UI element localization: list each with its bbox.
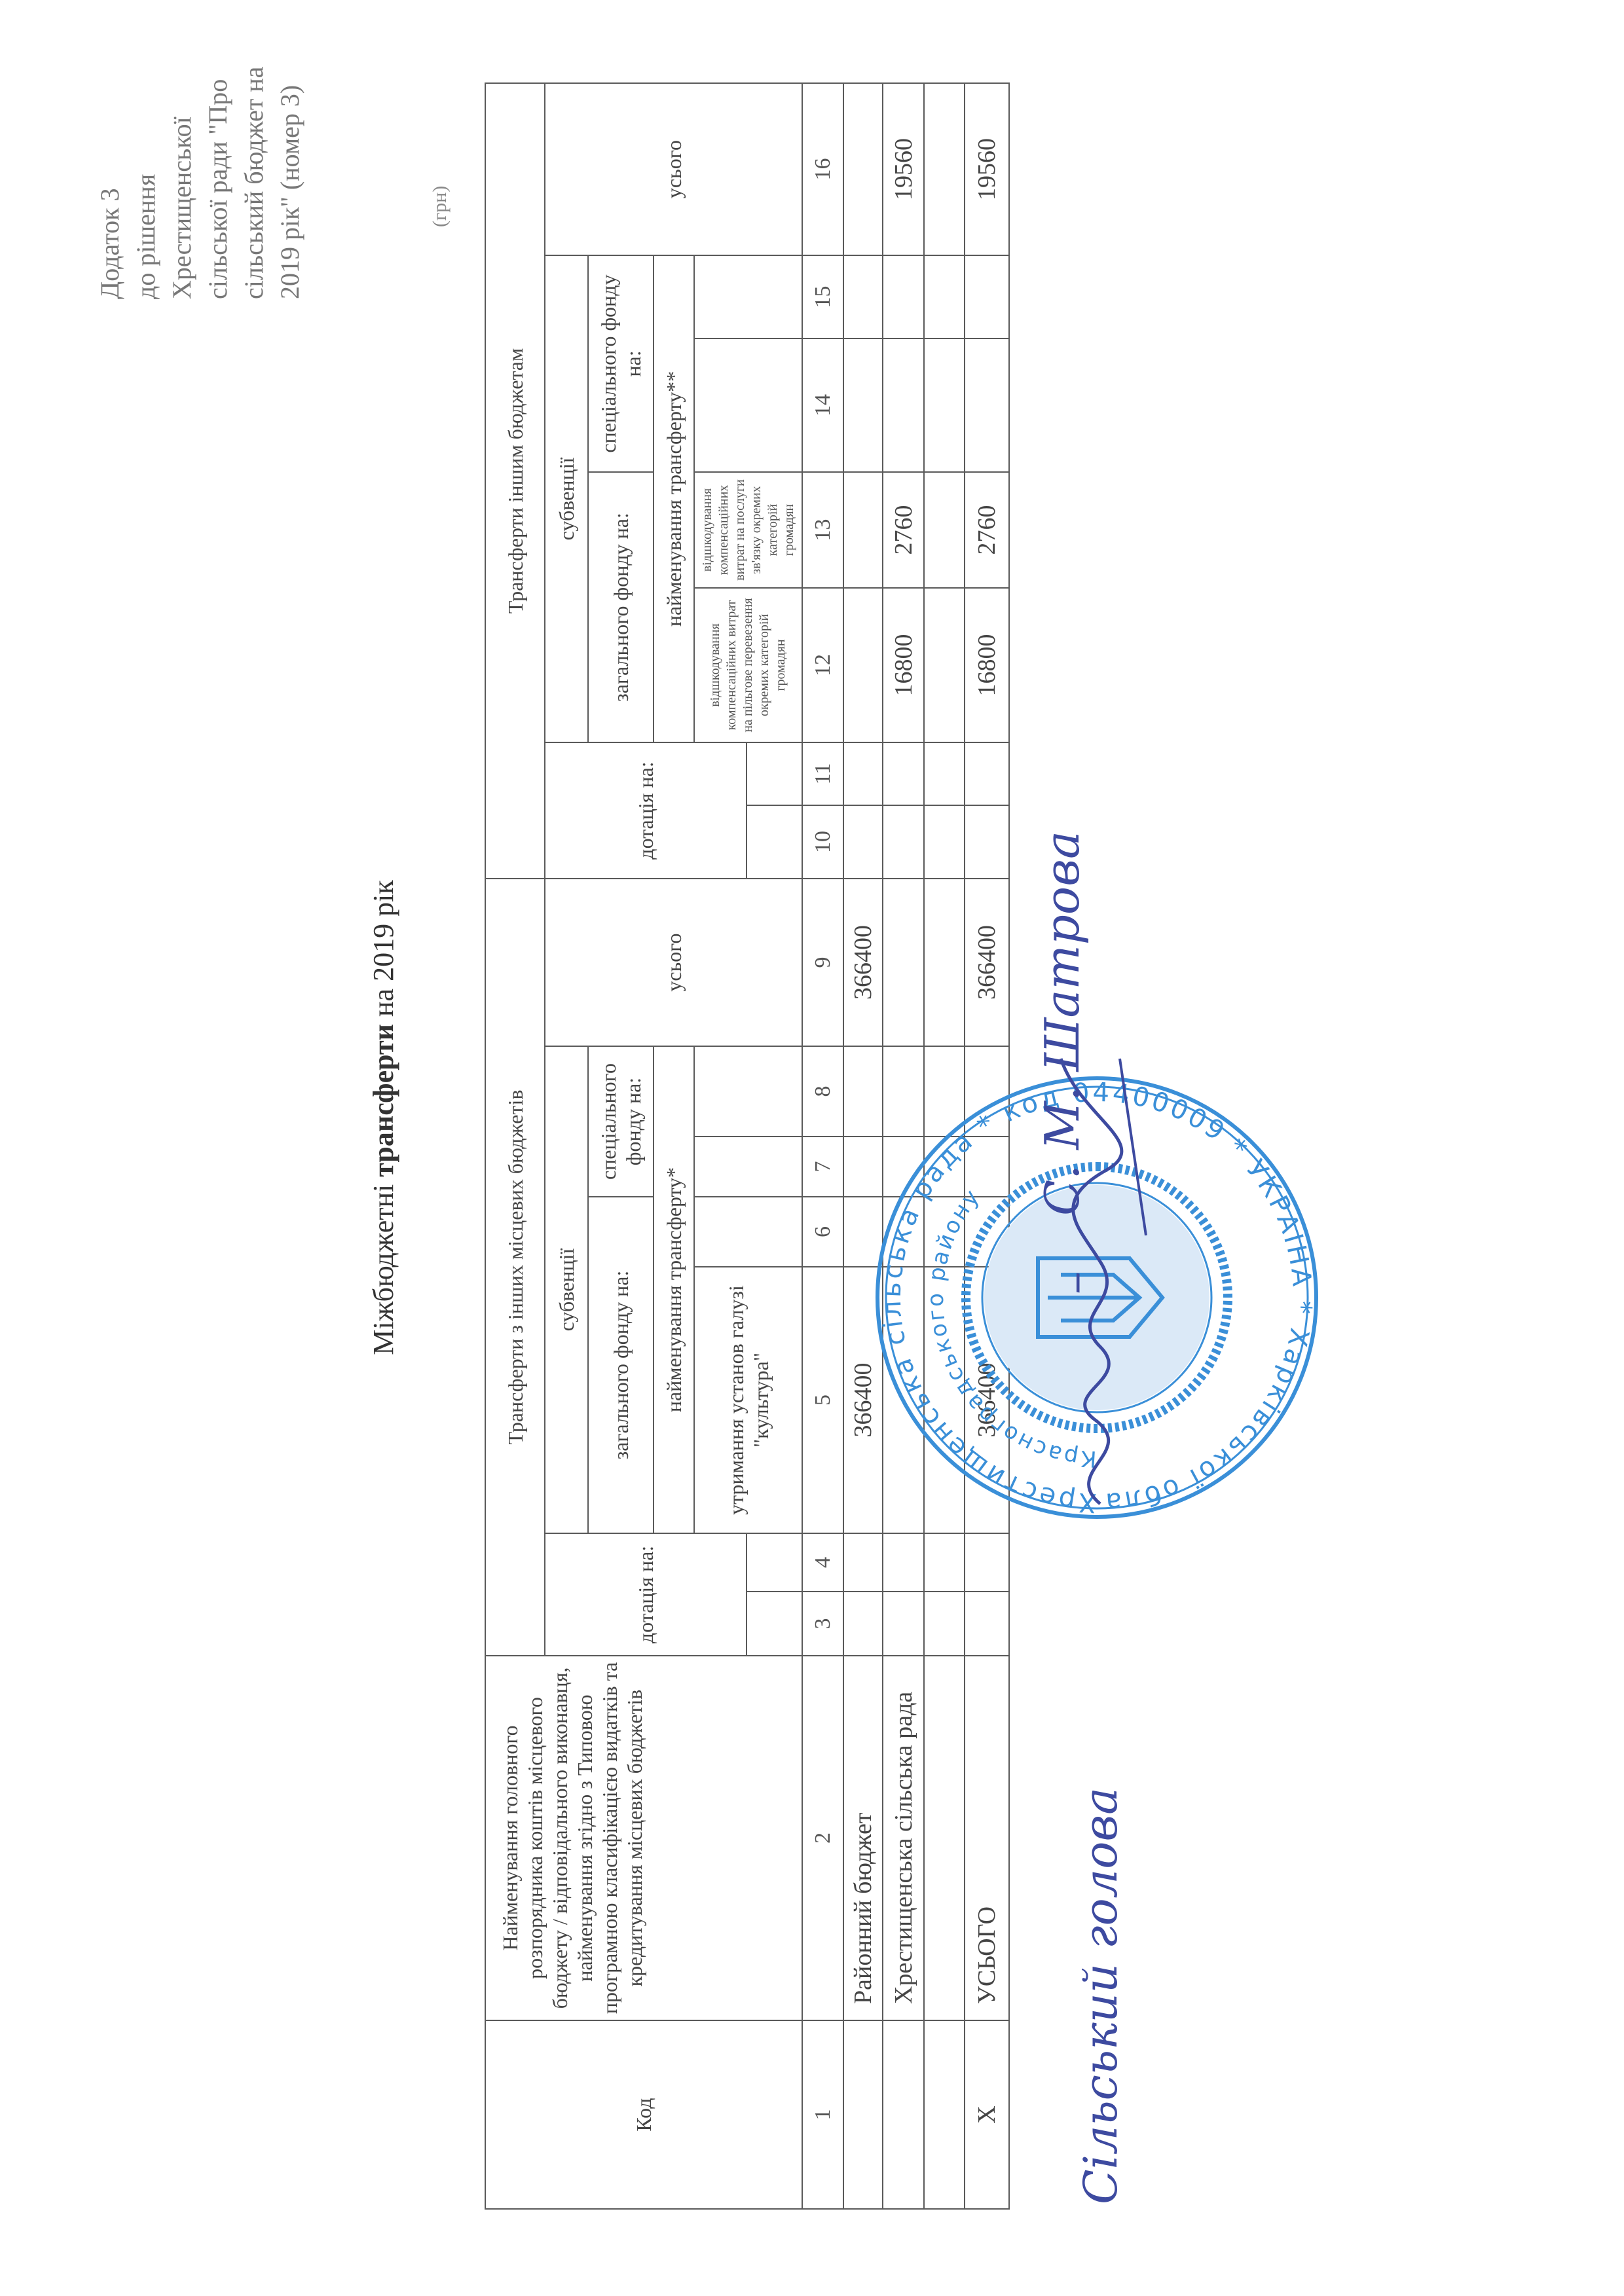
row-name: УСЬОГО — [964, 1655, 1010, 2021]
header-to-group: Трансферти іншим бюджетам — [485, 82, 545, 879]
annex-line: Додаток 3 — [92, 24, 128, 299]
header-col3-empty — [746, 1591, 803, 1656]
row-value-col9 — [923, 878, 965, 1047]
header-code: Код — [485, 2020, 803, 2210]
title-suffix: на 2019 рік — [367, 880, 399, 1024]
row-value-col9 — [882, 878, 925, 1047]
header-col7-empty — [693, 1136, 803, 1197]
row-name: Районний бюджет — [843, 1655, 883, 2021]
header-name: Найменування головного розпорядника кошт… — [485, 1655, 803, 2021]
annex-block: Додаток 3 до рішення Хрестищенської сіль… — [92, 24, 308, 299]
annex-line: 2019 рік" (номер 3) — [272, 24, 308, 299]
header-col11-empty — [746, 742, 803, 806]
row-value-col12 — [923, 587, 965, 743]
column-number: 12 — [802, 587, 844, 743]
page-title: Міжбюджетні трансферти на 2019 рік — [367, 725, 400, 1510]
column-number: 4 — [802, 1533, 844, 1592]
row-value-col12: 16800 — [964, 587, 1010, 743]
header-col5-name: утримання установ галузі "культура" — [693, 1266, 803, 1534]
header-from-group: Трансферти з інших місцевих бюджетів — [485, 878, 545, 1656]
row-value-col10 — [964, 805, 1010, 879]
annex-line: Хрестищенської — [164, 24, 200, 299]
row-value-col3 — [843, 1591, 883, 1656]
column-number: 9 — [802, 878, 844, 1047]
header-from-dotation: дотація на: — [544, 1533, 747, 1656]
header-col14-empty — [693, 338, 803, 473]
row-value-col3 — [964, 1591, 1010, 1656]
row-value-col12 — [843, 587, 883, 743]
row-value-col14 — [843, 338, 883, 473]
header-col12-name: відшкодування компенсаційних витрат на п… — [693, 587, 803, 743]
row-value-col15 — [923, 255, 965, 339]
column-number: 8 — [802, 1046, 844, 1137]
header-from-total: усього — [544, 878, 803, 1047]
header-from-transfer-name: найменування трансферту* — [653, 1046, 695, 1534]
annex-line: до рішення — [128, 24, 164, 299]
document-sheet: Додаток 3 до рішення Хрестищенської сіль… — [0, 0, 1624, 2296]
column-number: 10 — [802, 805, 844, 879]
row-value-col11 — [964, 742, 1010, 806]
header-from-general-fund: загального фонду на: — [587, 1196, 654, 1534]
row-value-col13: 2760 — [964, 471, 1010, 589]
row-value-col11 — [882, 742, 925, 806]
row-value-col13 — [843, 471, 883, 589]
header-to-special-fund: спеціального фонду на: — [587, 255, 654, 473]
row-value-col16 — [923, 82, 965, 256]
row-value-col14 — [923, 338, 965, 473]
row-value-col9: 366400 — [843, 878, 883, 1047]
row-value-col4 — [923, 1533, 965, 1592]
row-value-col11 — [923, 742, 965, 806]
column-number: 5 — [802, 1266, 844, 1534]
row-code: X — [964, 2020, 1010, 2210]
header-to-general-fund: загального фонду на: — [587, 471, 654, 743]
row-value-col3 — [882, 1591, 925, 1656]
row-value-col4 — [964, 1533, 1010, 1592]
row-value-col11 — [843, 742, 883, 806]
signature-name: С. М. Шатрова — [1035, 831, 1090, 1216]
column-number: 15 — [802, 255, 844, 339]
column-number: 14 — [802, 338, 844, 473]
row-value-col10 — [843, 805, 883, 879]
column-number: 16 — [802, 82, 844, 256]
annex-line: сільської ради "Про — [200, 24, 236, 299]
header-to-total: усього — [544, 82, 803, 256]
title-prefix: Міжбюджетні — [367, 1177, 399, 1355]
title-bold: трансферти — [367, 1024, 399, 1177]
column-number: 6 — [802, 1196, 844, 1267]
row-code — [843, 2020, 883, 2210]
column-number: 7 — [802, 1136, 844, 1197]
header-col10-empty — [746, 805, 803, 879]
row-code — [923, 2020, 965, 2210]
row-value-col10 — [882, 805, 925, 879]
row-value-col14 — [964, 338, 1010, 473]
column-number: 2 — [802, 1655, 844, 2021]
header-from-special-fund: спеціального фонду на: — [587, 1046, 654, 1197]
row-value-col3 — [923, 1591, 965, 1656]
row-value-col16 — [843, 82, 883, 256]
header-to-subvention: субвенції — [544, 255, 589, 743]
column-number: 3 — [802, 1591, 844, 1656]
column-number: 13 — [802, 471, 844, 589]
column-number: 11 — [802, 742, 844, 806]
column-number: 1 — [802, 2020, 844, 2210]
row-name: Хрестищенська сільська рада — [882, 1655, 925, 2021]
row-value-col12: 16800 — [882, 587, 925, 743]
row-value-col16: 19560 — [882, 82, 925, 256]
row-value-col9: 366400 — [964, 878, 1010, 1047]
row-value-col16: 19560 — [964, 82, 1010, 256]
annex-line: сільський бюджет на — [236, 24, 272, 299]
row-value-col4 — [843, 1533, 883, 1592]
row-value-col15 — [843, 255, 883, 339]
signature-label: Сільський голова — [1074, 1787, 1128, 2204]
row-value-col13 — [923, 471, 965, 589]
row-name — [923, 1655, 965, 2021]
row-code — [882, 2020, 925, 2210]
header-col6-empty — [693, 1196, 803, 1267]
row-value-col13: 2760 — [882, 471, 925, 589]
header-col8-empty — [693, 1046, 803, 1137]
currency-unit: (грн) — [429, 186, 451, 227]
row-value-col14 — [882, 338, 925, 473]
header-col4-empty — [746, 1533, 803, 1592]
row-value-col15 — [882, 255, 925, 339]
header-to-transfer-name: найменування трансферту** — [653, 255, 695, 743]
row-value-col4 — [882, 1533, 925, 1592]
signature-dash: – — [1048, 1271, 1101, 1294]
header-col15-empty — [693, 255, 803, 339]
header-col13-name: відшкодування компенсаційних витрат на п… — [693, 471, 803, 589]
row-value-col15 — [964, 255, 1010, 339]
header-from-subvention: субвенції — [544, 1046, 589, 1534]
header-to-dotation: дотація на: — [544, 742, 747, 879]
row-value-col10 — [923, 805, 965, 879]
